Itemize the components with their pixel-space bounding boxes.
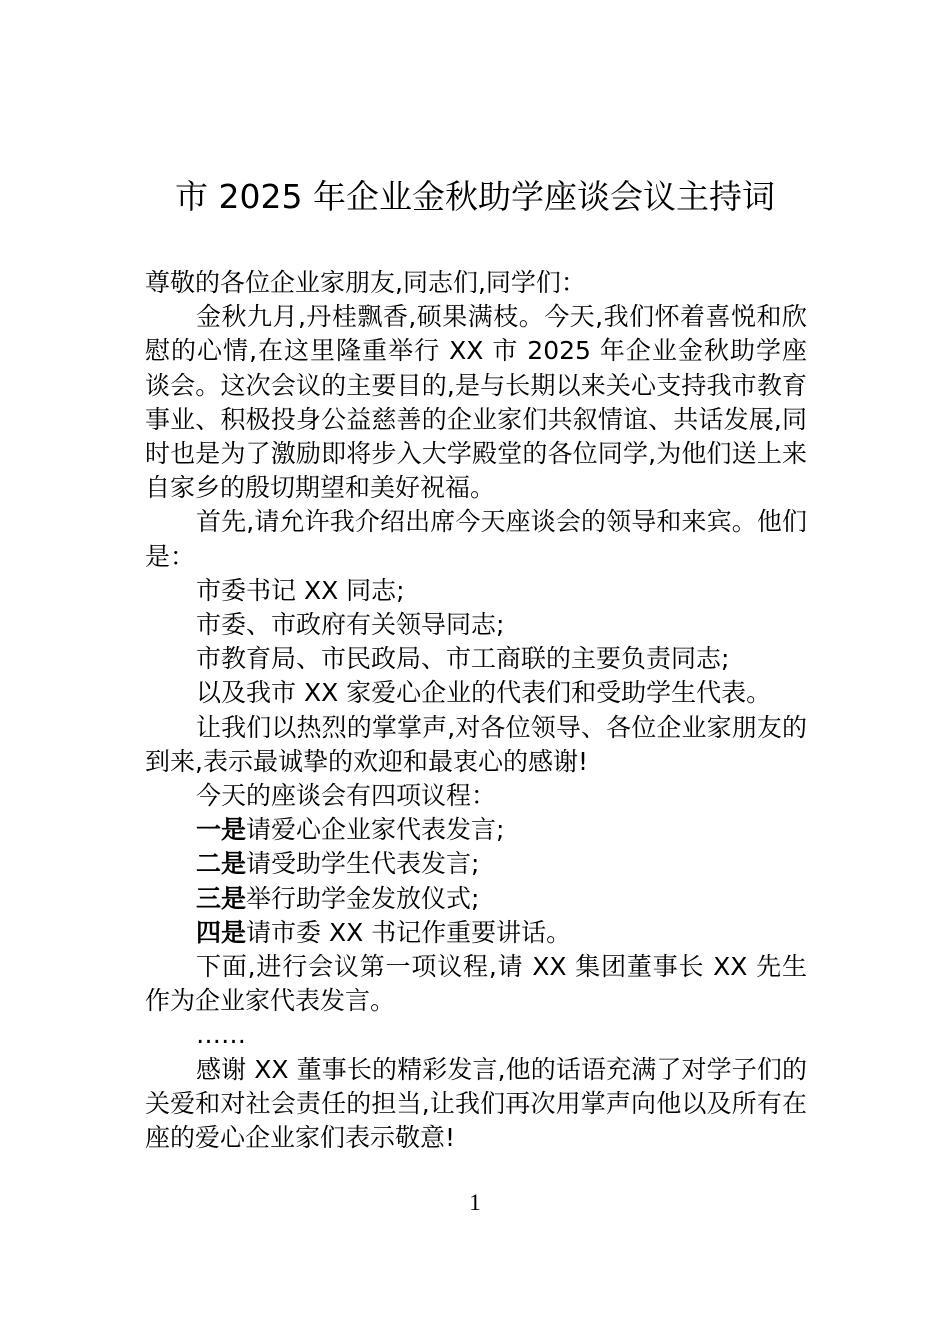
paragraph-agenda-intro: 今天的座谈会有四项议程：: [145, 779, 807, 813]
paragraph-thanks: 感谢 XX 董事长的精彩发言,他的话语充满了对学子们的关爱和对社会责任的担当,让…: [145, 1053, 807, 1156]
guest-item: 市委、市政府有关领导同志;: [145, 608, 807, 642]
agenda-item-label: 二是: [196, 849, 246, 878]
guest-item: 市教育局、市民政局、市工商联的主要负责同志;: [145, 642, 807, 676]
page-number: 1: [0, 1188, 950, 1218]
agenda-item-text: 请爱心企业家代表发言;: [246, 815, 504, 844]
paragraph-first-agenda: 下面,进行会议第一项议程,请 XX 集团董事长 XX 先生作为企业家代表发言。: [145, 950, 807, 1018]
guest-item: 以及我市 XX 家爱心企业的代表们和受助学生代表。: [145, 676, 807, 710]
document-title: 市 2025 年企业金秋助学座谈会议主持词: [0, 174, 950, 220]
document-body: 尊敬的各位企业家朋友,同志们,同学们： 金秋九月,丹桂飘香,硕果满枝。今天,我们…: [145, 266, 807, 1155]
document-page: 市 2025 年企业金秋助学座谈会议主持词 尊敬的各位企业家朋友,同志们,同学们…: [0, 0, 950, 1344]
paragraph-opening: 金秋九月,丹桂飘香,硕果满枝。今天,我们怀着喜悦和欣慰的心情,在这里隆重举行 X…: [145, 300, 807, 505]
agenda-item-label: 四是: [196, 918, 246, 947]
agenda-item: 四是请市委 XX 书记作重要讲话。: [145, 916, 807, 950]
agenda-item: 二是请受助学生代表发言;: [145, 847, 807, 881]
agenda-item-label: 一是: [196, 815, 246, 844]
agenda-item-text: 举行助学金发放仪式;: [246, 884, 479, 913]
agenda-item-text: 请市委 XX 书记作重要讲话。: [246, 918, 571, 947]
agenda-item: 三是举行助学金发放仪式;: [145, 882, 807, 916]
salutation: 尊敬的各位企业家朋友,同志们,同学们：: [145, 266, 807, 300]
agenda-item-label: 三是: [196, 884, 246, 913]
guest-item: 市委书记 XX 同志;: [145, 574, 807, 608]
paragraph-introduction: 首先,请允许我介绍出席今天座谈会的领导和来宾。他们是：: [145, 505, 807, 573]
paragraph-welcome: 让我们以热烈的掌掌声,对各位领导、各位企业家朋友的到来,表示最诚挚的欢迎和最衷心…: [145, 711, 807, 779]
agenda-item-text: 请受助学生代表发言;: [246, 849, 479, 878]
paragraph-ellipsis: ……: [145, 1018, 807, 1052]
agenda-item: 一是请爱心企业家代表发言;: [145, 813, 807, 847]
